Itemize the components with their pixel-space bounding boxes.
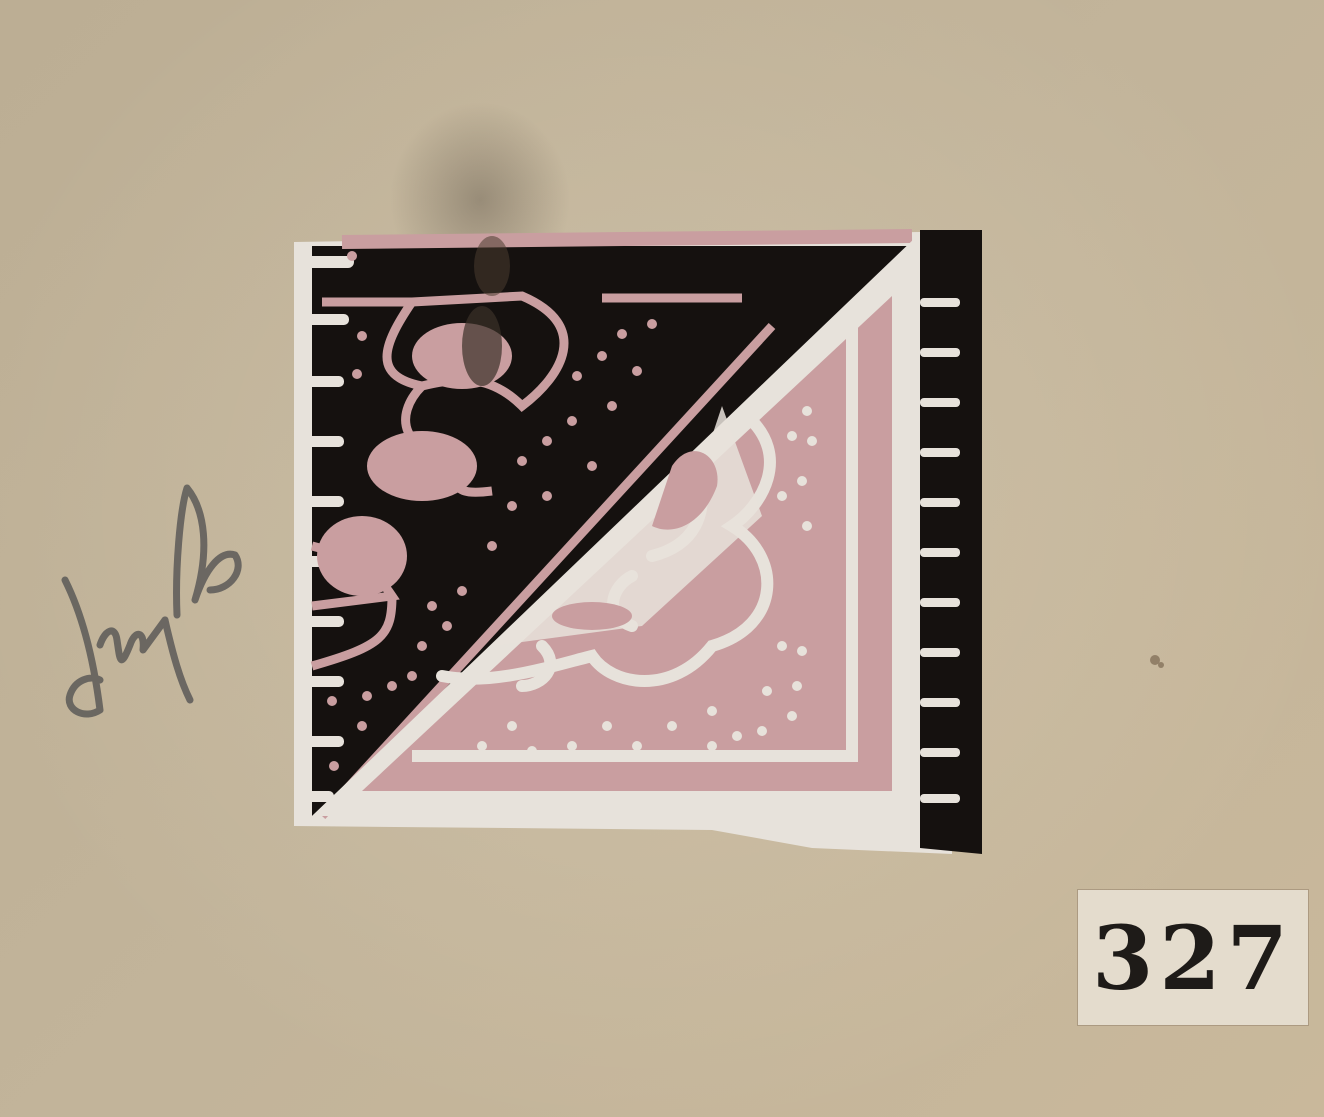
- black-border-strip: [920, 230, 982, 854]
- pencil-annotation: dupl: [55, 470, 255, 730]
- inventory-number-label: 327: [1078, 890, 1308, 1025]
- stamp-artwork: [292, 226, 982, 854]
- paper-fleck: [1158, 662, 1164, 668]
- inventory-number: 327: [1092, 906, 1294, 1010]
